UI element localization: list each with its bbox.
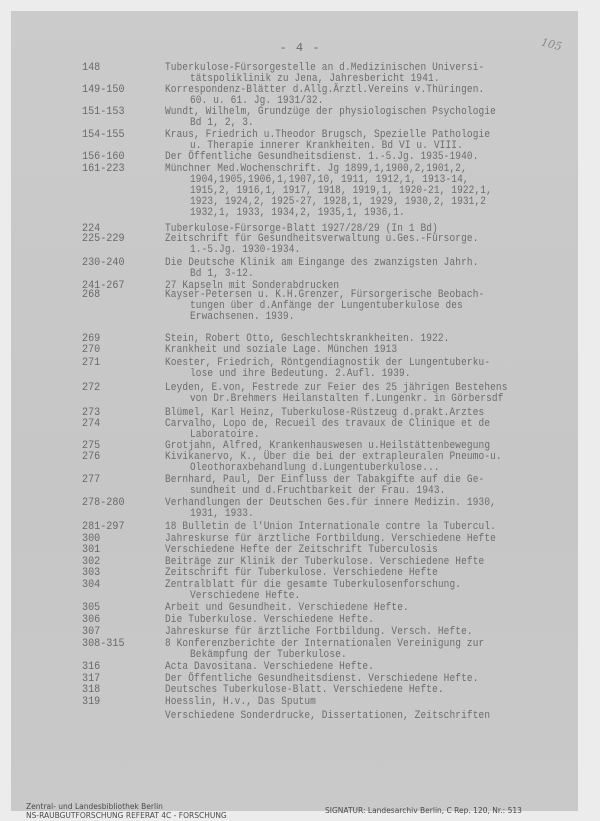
entry-title: Die Tuberkulose. Verschiedene Hefte.	[165, 614, 374, 626]
entry-continuation: sundheit und d.Fruchtbarkeit der Frau. 1…	[190, 485, 445, 497]
entry-continuation: 1931, 1933.	[190, 508, 254, 520]
entry-number: 307	[82, 626, 100, 638]
entry-title: Verschiedene Sonderdrucke, Dissertatione…	[165, 710, 490, 722]
entry-number: 272	[82, 382, 100, 394]
entry-number: 306	[82, 614, 100, 626]
entry-number: 151-153	[82, 106, 125, 118]
entry-title: Verschiedene Hefte der Zeitschrift Tuber…	[165, 544, 438, 556]
entry-number: 316	[82, 661, 100, 673]
entry-continuation: Erwachsenen. 1939.	[190, 311, 295, 323]
entry-number: 305	[82, 602, 100, 614]
entry-continuation: Oleothoraxbehandlung d.Lungentuberkulose…	[190, 462, 440, 474]
entry-title: Deutsches Tuberkulose-Blatt. Verschieden…	[165, 684, 444, 696]
entry-number: 225-229	[82, 233, 125, 245]
entry-number: 149-150	[82, 84, 125, 96]
entry-continuation: 1.-5.Jg. 1930-1934.	[190, 244, 300, 256]
entry-continuation: Bd 1, 2, 3.	[190, 117, 254, 129]
entry-continuation: Bd 1, 3-12.	[190, 268, 254, 280]
entry-number: 319	[82, 696, 100, 708]
entry-continuation: von Dr.Brehmers Heilanstalten f.Lungenkr…	[190, 393, 504, 405]
entry-number: 161-223	[82, 163, 125, 175]
entry-number: 308-315	[82, 638, 125, 650]
entry-number: 276	[82, 451, 100, 463]
footer-department: NS-RAUBGUTFORSCHUNG REFERAT 4C - FORSCHU…	[26, 811, 227, 820]
entry-number: 270	[82, 344, 100, 356]
entry-number: 303	[82, 567, 100, 579]
entry-title: Zeitschrift für Tuberkulose. Verschieden…	[165, 567, 438, 579]
entry-continuation: Verschiedene Hefte.	[190, 590, 300, 602]
entry-number: 304	[82, 579, 100, 591]
entry-number: 281-297	[82, 521, 125, 533]
entry-title: Der Öffentliche Gesundheitsdienst. 1.-5.…	[165, 151, 479, 163]
entry-number: 277	[82, 474, 100, 486]
entry-number: 318	[82, 684, 100, 696]
entry-number: 230-240	[82, 257, 125, 269]
entry-number: 278-280	[82, 497, 125, 509]
entry-title: Arbeit und Gesundheit. Verschiedene Heft…	[165, 602, 409, 614]
entry-continuation: 1932,1, 1933, 1934,2, 1935,1, 1936,1.	[190, 207, 405, 219]
page-number: - 4 -	[0, 41, 600, 55]
entry-title: 18 Bulletin de l'Union Internationale co…	[165, 521, 496, 533]
entry-title: Jahreskurse für ärztliche Fortbildung. V…	[165, 626, 473, 638]
entry-continuation: lose und ihre Bedeutung. 2.Aufl. 1939.	[190, 368, 411, 380]
footer-institution-block: Zentral- und Landesbibliothek Berlin NS-…	[26, 802, 227, 820]
entry-number: 301	[82, 544, 100, 556]
entry-title: Krankheit und soziale Lage. München 1913	[165, 344, 397, 356]
entry-number: 268	[82, 289, 100, 301]
entry-continuation: Bekämpfung der Tuberkulose.	[190, 649, 347, 661]
footer-signature: SIGNATUR: Landesarchiv Berlin, C Rep. 12…	[325, 806, 522, 815]
entry-number: 274	[82, 418, 100, 430]
entry-number: 148	[82, 62, 100, 74]
entry-number: 156-160	[82, 151, 125, 163]
entry-title: Hoesslin, H.v., Das Sputum	[165, 696, 316, 708]
entry-number: 154-155	[82, 129, 125, 141]
entry-title: Acta Davositana. Verschiedene Hefte.	[165, 661, 374, 673]
footer-institution: Zentral- und Landesbibliothek Berlin	[26, 802, 227, 811]
entry-number: 271	[82, 357, 100, 369]
